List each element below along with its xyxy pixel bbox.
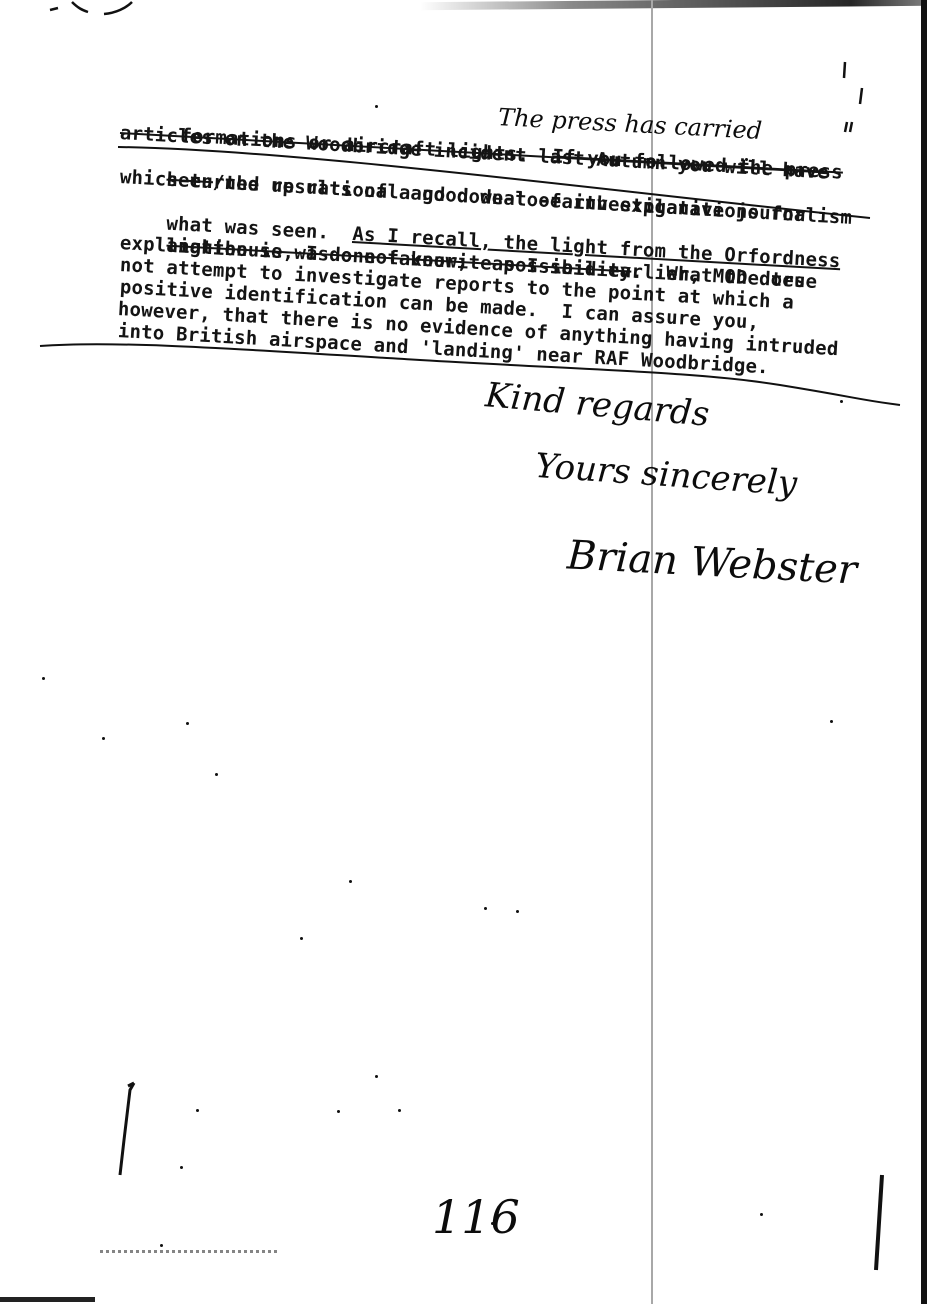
page-number: 116 [432,1190,520,1244]
scan-speck [42,677,45,680]
top-corner-mark [50,2,132,14]
scan-speck [745,158,748,161]
margin-bar-mark [876,1175,882,1270]
scanned-document-page: The press has carried formations or airc… [0,0,927,1304]
hand-drawn-marks [0,0,927,1304]
scan-speck [102,737,105,740]
scan-speck [375,1075,378,1078]
scan-speck [830,720,833,723]
scan-speck [186,722,189,725]
scan-speck [180,1166,183,1169]
scan-speck [484,907,487,910]
scan-speck [160,1244,163,1247]
margin-ticks [844,62,862,132]
closing-curve-line [40,344,900,405]
scan-speck [215,773,218,776]
strike-curve [118,147,870,218]
scan-speck [398,1109,401,1112]
scan-speck [337,1110,340,1113]
scan-speck [349,880,352,883]
scan-speck [491,1222,494,1225]
scan-speck [840,400,843,403]
scan-speck [375,105,378,108]
scan-speck [196,1109,199,1112]
scan-speck [516,910,519,913]
scan-speck [300,937,303,940]
bracket-mark [120,1083,134,1175]
scan-speck [760,1213,763,1216]
